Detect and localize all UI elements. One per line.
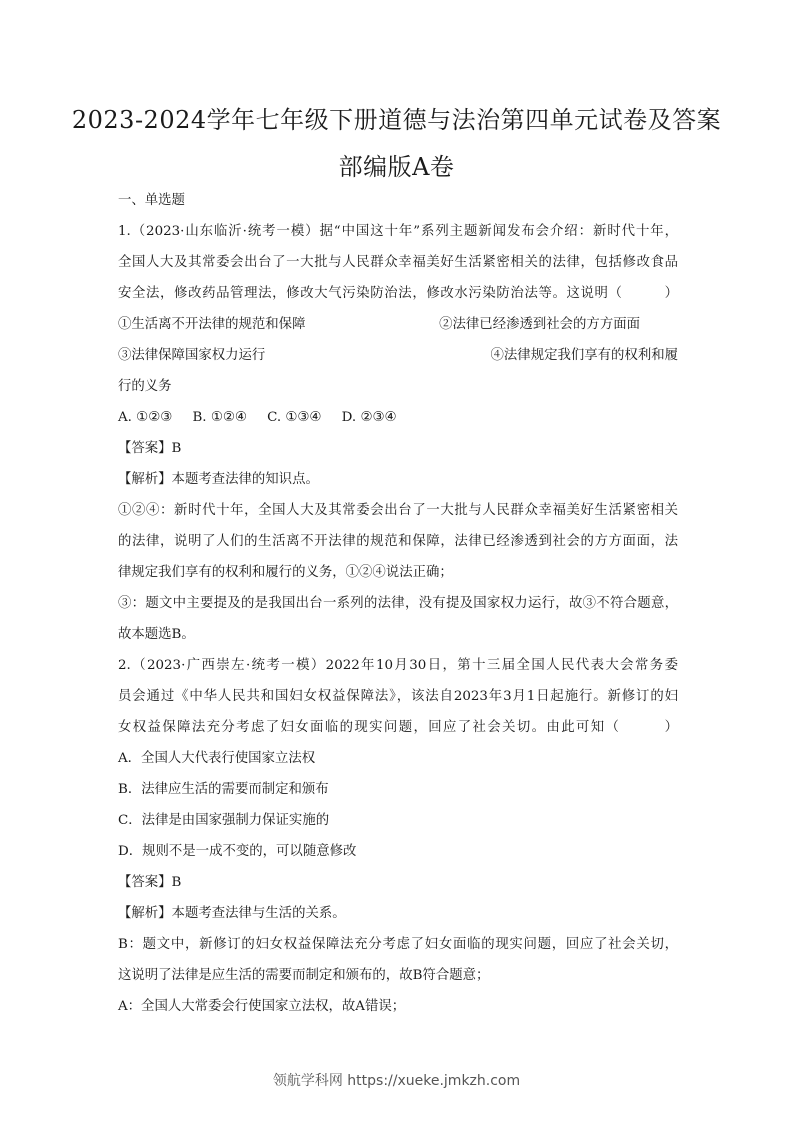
q1-analysis-line: ③：题文中主要提及的是我国出台一系列的法律，没有提及国家权力运行，故③不符合题意… bbox=[118, 588, 678, 619]
q1-choice-c: C. ①③④ bbox=[267, 410, 321, 425]
q1-choices: A. ①②③ B. ①②④ C. ①③④ D. ②③④ bbox=[118, 402, 678, 433]
q1-statements-row-2: ③法律保障国家权力运行 ④法律规定我们享有的权利和履 bbox=[118, 340, 678, 371]
document-title-line-1: 2023-2024学年七年级下册道德与法治第四单元试卷及答案 bbox=[0, 100, 793, 135]
q2-option-b: B．法律应生活的需要而制定和颁布 bbox=[118, 774, 678, 805]
q1-answer: 【答案】B bbox=[118, 433, 678, 464]
q2-option-c: C．法律是由国家强制力保证实施的 bbox=[118, 805, 678, 836]
q1-statement-4: ④法律规定我们享有的权利和履 bbox=[491, 340, 678, 371]
q2-stem-line: 员会通过《中华人民共和国妇女权益保障法》，该法自2023年3月1日起施行。新修订… bbox=[118, 681, 678, 712]
q1-choice-b: B. ①②④ bbox=[192, 410, 246, 425]
document-body: 一、单选题 1.（2023·山东临沂·统考一模）据“中国这十年”系列主题新闻发布… bbox=[118, 185, 678, 1022]
q1-stem-line: 全国人大及其常委会出台了一大批与人民群众幸福美好生活紧密相关的法律，包括修改食品 bbox=[118, 247, 678, 278]
q1-analysis-line: ①②④：新时代十年，全国人大及其常委会出台了一大批与人民群众幸福美好生活紧密相关 bbox=[118, 495, 678, 526]
q1-statement-1: ①生活离不开法律的规范和保障 bbox=[118, 309, 305, 340]
q2-answer: 【答案】B bbox=[118, 867, 678, 898]
q1-analysis-line: 律规定我们享有的权利和履行的义务，①②④说法正确； bbox=[118, 557, 678, 588]
q2-analysis-line: 这说明了法律是应生活的需要而制定和颁布的，故B符合题意； bbox=[118, 960, 678, 991]
q2-stem-line: 女权益保障法充分考虑了妇女面临的现实问题，回应了社会关切。由此可知（ ） bbox=[118, 712, 678, 743]
q2-analysis-line: 【解析】本题考查法律与生活的关系。 bbox=[118, 898, 678, 929]
q1-statements-row-1: ①生活离不开法律的规范和保障 ②法律已经渗透到社会的方方面面 bbox=[118, 309, 678, 340]
footer-watermark: 领航学科网 https://xueke.jmkzh.com bbox=[0, 1070, 793, 1090]
document-title-line-2: 部编版A卷 bbox=[0, 147, 793, 182]
q1-stem-line: 1.（2023·山东临沂·统考一模）据“中国这十年”系列主题新闻发布会介绍：新时… bbox=[118, 216, 678, 247]
q2-option-a: A．全国人大代表行使国家立法权 bbox=[118, 743, 678, 774]
q1-analysis-line: 【解析】本题考查法律的知识点。 bbox=[118, 464, 678, 495]
q1-choice-d: D. ②③④ bbox=[342, 410, 397, 425]
section-heading: 一、单选题 bbox=[118, 185, 678, 216]
q2-analysis-line: B：题文中，新修订的妇女权益保障法充分考虑了妇女面临的现实问题，回应了社会关切， bbox=[118, 929, 678, 960]
q2-option-d: D．规则不是一成不变的，可以随意修改 bbox=[118, 836, 678, 867]
q1-statement-3: ③法律保障国家权力运行 bbox=[118, 340, 265, 371]
q1-statement-4-cont: 行的义务 bbox=[118, 371, 678, 402]
q1-statement-2: ②法律已经渗透到社会的方方面面 bbox=[439, 309, 640, 340]
q1-analysis-line: 故本题选B。 bbox=[118, 619, 678, 650]
q1-choice-a: A. ①②③ bbox=[118, 410, 172, 425]
q2-analysis-line: A：全国人大常委会行使国家立法权，故A错误； bbox=[118, 991, 678, 1022]
q1-stem-line: 安全法，修改药品管理法，修改大气污染防治法，修改水污染防治法等。这说明（ ） bbox=[118, 278, 678, 309]
q1-analysis-line: 的法律，说明了人们的生活离不开法律的规范和保障，法律已经渗透到社会的方方面面，法 bbox=[118, 526, 678, 557]
q2-stem-line: 2.（2023·广西崇左·统考一模）2022年10月30日，第十三届全国人民代表… bbox=[118, 650, 678, 681]
